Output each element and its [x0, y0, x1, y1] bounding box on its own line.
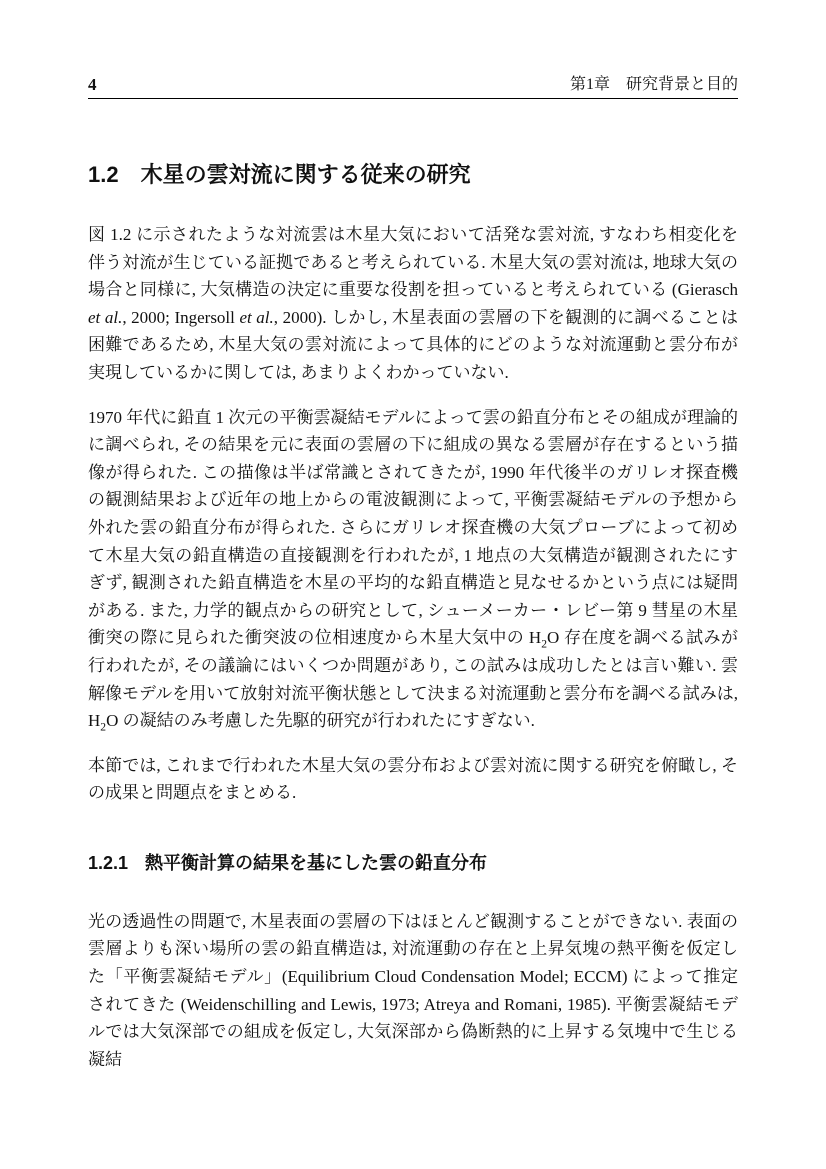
document-page: 4 第1章 研究背景と目的 1.2 木星の雲対流に関する従来の研究 図 1.2 …	[0, 0, 826, 1169]
section-title: 木星の雲対流に関する従来の研究	[141, 161, 471, 189]
paragraph-subsection-1: 光の透過性の問題で, 木星表面の雲層の下はほとんど観測することができない. 表面…	[88, 908, 738, 1074]
section-heading: 1.2 木星の雲対流に関する従来の研究	[88, 161, 738, 189]
page-number: 4	[88, 76, 97, 94]
page-header: 4 第1章 研究背景と目的	[88, 76, 738, 98]
subsection-number: 1.2.1	[88, 851, 128, 875]
paragraph-intro-1: 図 1.2 に示されたような対流雲は木星大気において活発な雲対流, すなわち相変…	[88, 221, 738, 387]
header-rule	[88, 98, 738, 99]
paragraph-intro-3: 本節では, これまで行われた木星大気の雲分布および雲対流に関する研究を俯瞰し, …	[88, 752, 738, 807]
subsection-title: 熱平衡計算の結果を基にした雲の鉛直分布	[145, 851, 487, 875]
running-chapter-title: 第1章 研究背景と目的	[570, 76, 738, 94]
paragraph-intro-2: 1970 年代に鉛直 1 次元の平衡雲凝結モデルによって雲の鉛直分布とその組成が…	[88, 404, 738, 735]
section-number: 1.2	[88, 161, 119, 189]
subsection-heading: 1.2.1 熱平衡計算の結果を基にした雲の鉛直分布	[88, 851, 738, 875]
